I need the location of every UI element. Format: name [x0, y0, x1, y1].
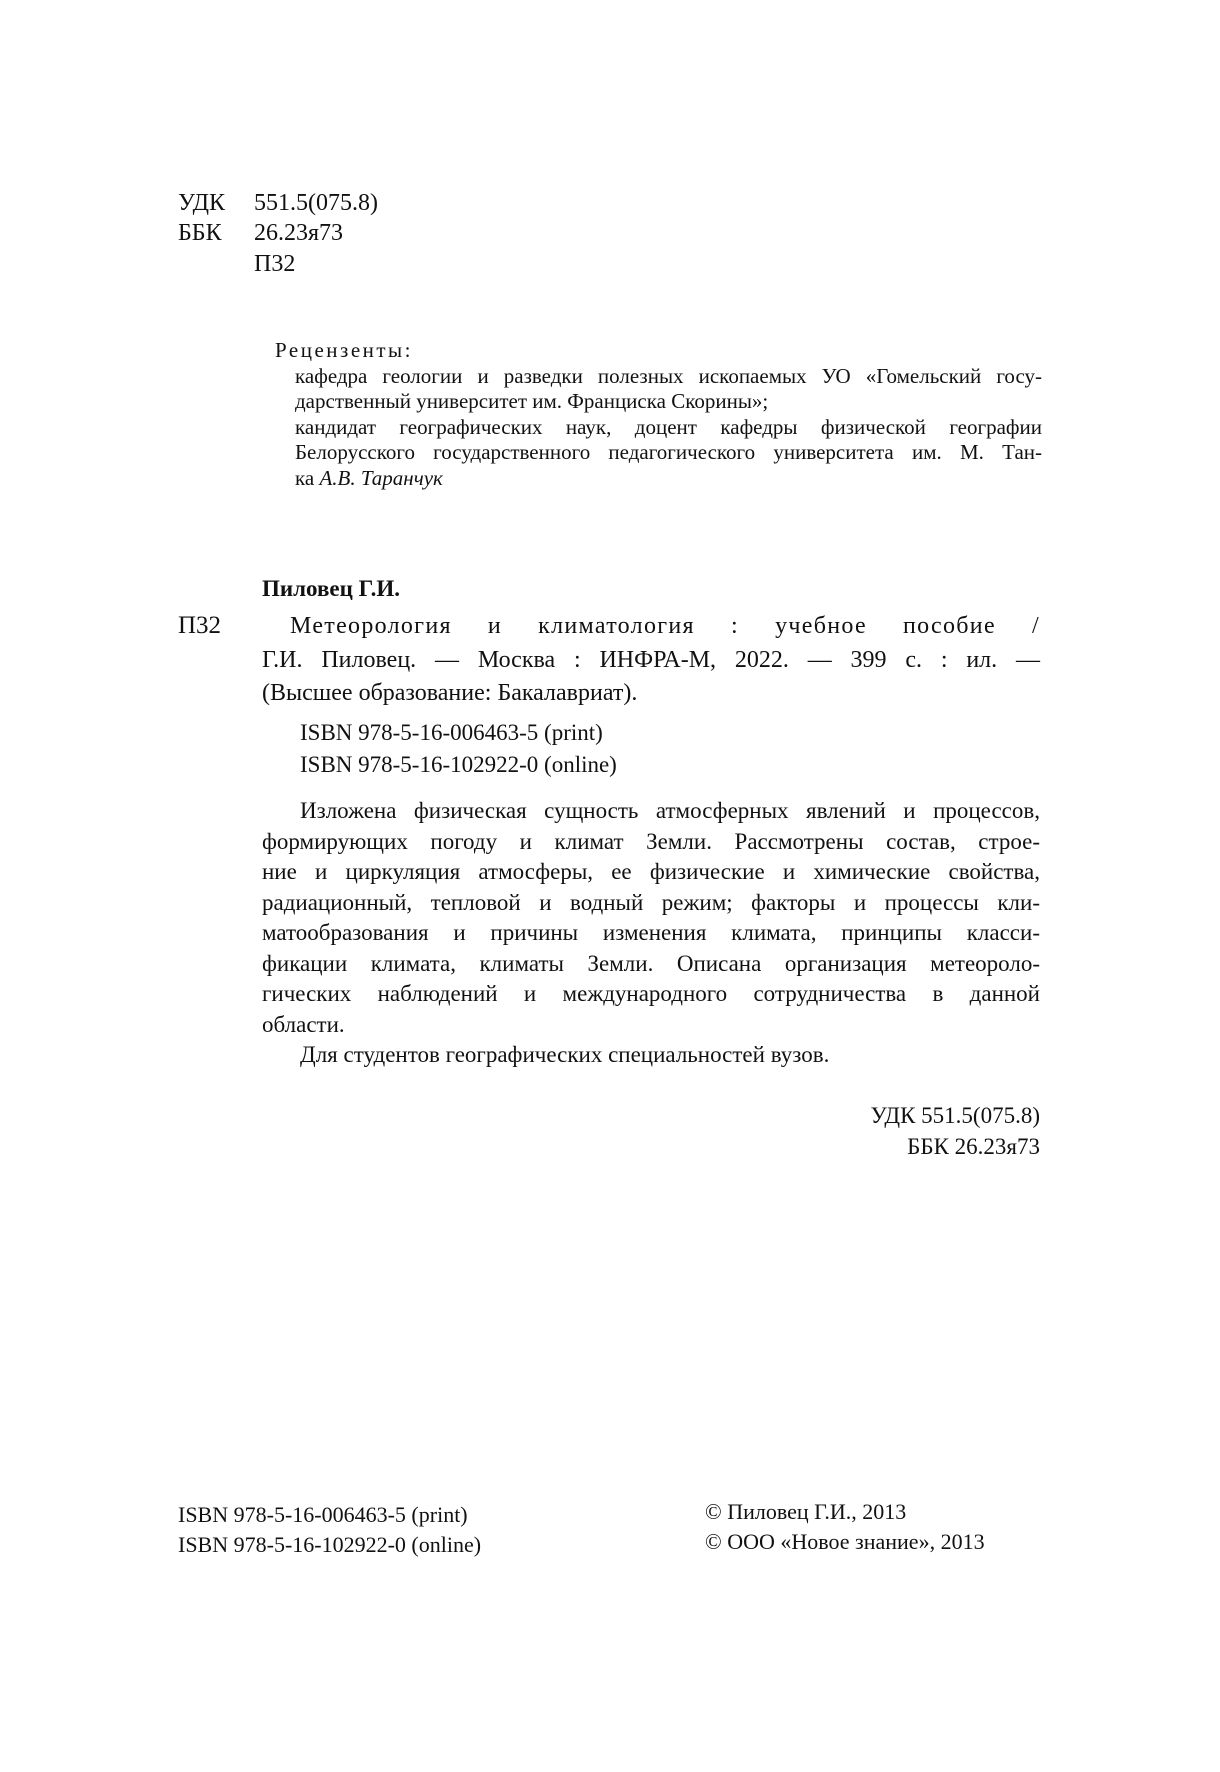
reviewers-block: Рецензенты: кафедра геологии и разведки …	[275, 338, 1042, 491]
reviewer-line: ка А.В. Таранчук	[295, 466, 1042, 492]
annotation-line: формирующих погоду и климат Земли. Рассм…	[262, 827, 1040, 858]
reviewer-name: А.В. Таранчук	[319, 466, 442, 490]
annotation-line: ние и циркуляция атмосферы, ее физически…	[262, 857, 1040, 888]
reviewer-entry: кандидат географических наук, доцент каф…	[275, 415, 1042, 492]
cutter-code: П32	[254, 251, 295, 277]
annotation-line: матообразования и причины изменения клим…	[262, 918, 1040, 949]
annotation-line: гических наблюдений и международного сот…	[262, 979, 1040, 1010]
footer-isbn-print: ISBN 978-5-16-006463-5 (print)	[178, 1500, 481, 1530]
reviewer-line: Белорусского государственного педагогиче…	[295, 440, 1042, 466]
cutter-code-margin: П32	[178, 612, 221, 640]
audience-note: Для студентов географических специальнос…	[262, 1040, 1040, 1071]
cutter-row: П32	[178, 249, 295, 279]
reviewer-line: дарственный университет им. Франциска Ск…	[295, 389, 1042, 415]
bbk-code: ББК 26.23я73	[870, 1131, 1040, 1162]
annotation: Изложена физическая сущность атмосферных…	[262, 796, 1040, 1071]
biblio-line: (Высшее образование: Бакалавриат).	[262, 677, 1040, 711]
annotation-line: фикации климата, климаты Земли. Описана …	[262, 949, 1040, 980]
udk-code: УДК 551.5(075.8)	[870, 1100, 1040, 1131]
reviewer-entry: кафедра геологии и разведки полезных иск…	[275, 364, 1042, 415]
bbk-row: ББК26.23я73	[178, 218, 343, 248]
classification-bottom: УДК 551.5(075.8) ББК 26.23я73	[870, 1100, 1040, 1162]
reviewer-line: кафедра геологии и разведки полезных иск…	[295, 364, 1042, 390]
isbn-block: ISBN 978-5-16-006463-5 (print) ISBN 978-…	[300, 717, 617, 781]
author-heading: Пиловец Г.И.	[262, 576, 400, 602]
copyright-publisher: © ООО «Новое знание», 2013	[705, 1527, 985, 1557]
reviewers-heading: Рецензенты:	[275, 338, 1042, 364]
annotation-line: радиационный, тепловой и водный режим; ф…	[262, 888, 1040, 919]
biblio-line: Метеорология и климатология : учебное по…	[262, 610, 1040, 644]
isbn-print: ISBN 978-5-16-006463-5 (print)	[300, 717, 617, 749]
bibliographic-description: Метеорология и климатология : учебное по…	[262, 610, 1040, 711]
footer-isbn-online: ISBN 978-5-16-102922-0 (online)	[178, 1530, 481, 1560]
footer-isbn: ISBN 978-5-16-006463-5 (print) ISBN 978-…	[178, 1500, 481, 1560]
footer-copyright: © Пиловец Г.И., 2013 © ООО «Новое знание…	[705, 1497, 985, 1557]
isbn-online: ISBN 978-5-16-102922-0 (online)	[300, 749, 617, 781]
annotation-line: Изложена физическая сущность атмосферных…	[262, 796, 1040, 827]
bbk-value: 26.23я73	[254, 220, 343, 246]
udk-value: 551.5(075.8)	[254, 190, 378, 216]
annotation-line: области.	[262, 1010, 1040, 1041]
biblio-line: Г.И. Пиловец. — Москва : ИНФРА-М, 2022. …	[262, 644, 1040, 678]
udk-row: УДК551.5(075.8)	[178, 188, 378, 218]
copyright-author: © Пиловец Г.И., 2013	[705, 1497, 985, 1527]
bbk-label: ББК	[178, 218, 254, 248]
udk-label: УДК	[178, 188, 254, 218]
reviewer-line: кандидат географических наук, доцент каф…	[295, 415, 1042, 441]
